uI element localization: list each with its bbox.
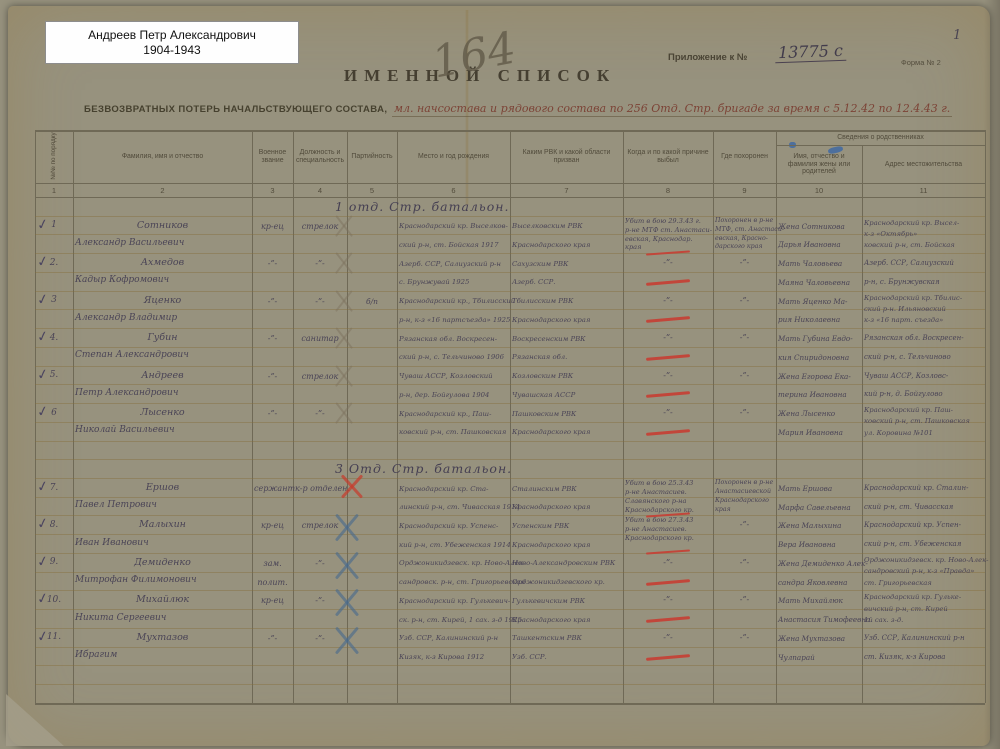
entry-burial: МТФ, ст. Анастаси- [715,226,774,233]
column-header: Военное звание [254,132,291,181]
entry-address: ский р-н. Ильяновский [864,305,983,313]
entry-birthplace: Краснодарский кр. Успенс- [399,522,508,530]
entry-relative: Вера Ивановна [778,540,860,549]
body-rule [35,459,985,460]
entry-given-names: Ибрагим [75,650,250,660]
entry-surname: Андреев [75,370,250,381]
column-header: Каким РВК и какой области призван [512,132,621,181]
entry-position: -”- [295,297,345,306]
entry-address: ский р-н, с. Тельчиново [864,353,983,361]
entry-burial: евская, Красно- [715,235,774,242]
column-header: Фамилия, имя и отчество [75,132,250,181]
entry-given-names: Кадыр Кофромович [75,275,250,285]
entry-rank: полит. [254,578,291,587]
body-rule [35,328,985,329]
entry-surname: Мухтазов [75,632,250,643]
entry-rvk: Краснодарского края [512,316,621,324]
entry-rank: -”- [254,334,291,343]
column-header: Адрес местожительства [864,148,983,181]
entry-burial: Похоронен в р-не [715,217,774,224]
body-rule [35,553,985,554]
entry-relative: сандра Яковлевна [778,578,860,587]
entry-number: 10. [37,595,71,605]
entry-fate: Славянского р-на [625,497,711,505]
entry-rank: кр-ец [254,521,291,530]
entry-given-names: Александр Владимир [75,313,250,323]
entry-address: Краснодарский кр. Сталин- [864,484,983,492]
entry-surname: Михайлюк [75,594,250,605]
entry-relative: Мать Михайлюк [778,596,860,605]
label-years: 1904-1943 [143,43,200,58]
entry-number: 1 [37,220,71,230]
body-rule [35,309,985,310]
entry-address: ский р-н, ст. Чивасская [864,503,983,511]
entry-rvk: Сахузским РВК [512,260,621,268]
entry-burial-ditto: -”- [715,333,774,342]
label-name: Андреев Петр Александрович [88,28,256,43]
body-rule [35,347,985,348]
entry-relative: Мария Ивановна [778,428,860,437]
entry-given-names: Николай Васильевич [75,425,250,435]
column-header: Должность и специальность [295,132,345,181]
entry-position: -”- [295,559,345,568]
entry-address: Рязанская обл. Воскресен- [864,334,983,342]
entry-rvk: Краснодарского края [512,541,621,549]
entry-rank: сержант [254,484,291,493]
page-number: 1 [953,28,961,43]
entry-rvk: Краснодарского края [512,616,621,624]
entry-relative: Жена Сотникова [778,222,860,231]
column-header: Партийность [349,132,395,181]
body-rule [35,234,985,235]
entry-surname: Губин [75,332,250,343]
entry-number: 2. [37,258,71,268]
entry-birthplace: Краснодарский кр., Тбилисский [399,297,508,305]
entry-birthplace: ск. р-н, ст. Кирей, 1 сах. з-д 1925 [399,616,508,624]
entry-address: Азерб. ССР, Салиузский [864,259,983,267]
entry-birthplace: Чуваш АССР, Козловский [399,372,508,380]
entry-given-names: Иван Иванович [75,538,250,548]
entry-birthplace: Краснодарский кр. Ста- [399,485,508,493]
entry-address: ский р-н, ст. Убеженская [864,540,983,548]
entry-relative: Мать Ершова [778,484,860,493]
entry-number: 3 [37,295,71,305]
entry-birthplace: с. Брунжувай 1925 [399,278,508,286]
entry-burial: дарского края [715,243,774,250]
table-hline [776,145,985,146]
entry-burial: края [715,506,774,513]
entry-address: к-з «Октябрь» [864,230,983,238]
entry-burial-ditto: -”- [715,595,774,604]
entry-rvk: Ташкентским РВК [512,634,621,642]
entry-fate-ditto: -”- [625,333,711,342]
entry-address: Краснодарский кр. Паш- [864,406,983,414]
entry-relative: терина Ивановна [778,390,860,399]
column-header: Когда и по какой причине выбыл [625,132,711,181]
entry-rvk: Козловским РВК [512,372,621,380]
entry-rvk: Узб. ССР. [512,653,621,661]
entry-relative: Мать Губина Евдо- [778,334,860,343]
body-rule [35,647,985,648]
entry-position: -”- [295,409,345,418]
entry-burial-ditto: -”- [715,296,774,305]
entry-address: Чуваш АССР, Козловс- [864,372,983,380]
body-rule [35,572,985,573]
entry-fate: р-не МТФ ст. Анастаси- [625,226,711,234]
column-number: 9 [713,186,776,195]
entry-relative: Мать Яценко Ма- [778,297,860,306]
entry-surname: Яценко [75,295,250,306]
body-rule [35,590,985,591]
entry-fate-ditto: -”- [625,408,711,417]
entry-surname: Лысенко [75,407,250,418]
table-hline [35,703,985,705]
entry-burial: Краснодарского [715,497,774,504]
body-rule [35,515,985,516]
entry-relative: Жена Мухтазова [778,634,860,643]
entry-fate: р-не Анастасиев. [625,488,711,496]
entry-address: Узб. ССР, Калининский р-н [864,634,983,642]
column-number: 3 [252,186,293,195]
body-rule [35,441,985,442]
scanned-document: { "overlay_label": {"line1": "Андреев Пе… [0,0,1000,749]
column-header: Место и год рождения [399,132,508,181]
body-rule [35,403,985,404]
archive-label: Андреев Петр Александрович 1904-1943 [45,21,299,64]
entry-fate: р-не Анастасиев. [625,525,711,533]
entry-fate-ditto: -”- [625,558,711,567]
entry-surname: Сотников [75,220,250,231]
entry-fate: края [625,243,711,251]
entry-rvk: Тбилисским РВК [512,297,621,305]
entry-fate: Убит в бою 25.3.43 [625,479,711,487]
entry-fate-ditto: -”- [625,371,711,380]
body-rule [35,497,985,498]
entry-burial-ditto: -”- [715,520,774,529]
entry-birthplace: Азерб. ССР, Салиузский р-н [399,260,508,268]
entry-address: ст. Кизяк, к-з Кирова [864,653,983,661]
entry-position: -”- [295,596,345,605]
entry-birthplace: Орджоникидзевск. кр. Ново-Алек- [399,559,508,567]
entry-position: стрелок [295,521,345,530]
entry-rank: кр-ец [254,596,291,605]
entry-burial-ditto: -”- [715,408,774,417]
entry-address: Краснодарский кр. Высел- [864,219,983,227]
entry-birthplace: Краснодарский кр., Паш- [399,410,508,418]
entry-address: к-з «16 парт. съезда» [864,316,983,324]
body-rule [35,366,985,367]
body-rule [35,291,985,292]
body-rule [35,216,985,217]
entry-birthplace: Кизяк, к-з Кирова 1912 [399,653,508,661]
entry-fate-ditto: -”- [625,296,711,305]
column-number: 2 [73,186,252,195]
entry-address: ст. Григорьевская [864,579,983,587]
body-rule [35,684,985,685]
entry-number: 11. [37,632,71,642]
column-number: 8 [623,186,713,195]
entry-surname: Ершов [75,482,250,493]
entry-relative: Мать Чаловьева [778,259,860,268]
entry-address: 1й сах. з-д. [864,616,983,624]
column-number: 7 [510,186,623,195]
entry-fate: Убит в бою 29.3.43 г. [625,217,711,225]
column-number: 11 [862,186,985,195]
entry-address: вичский р-н, ст. Кирей [864,605,983,613]
entry-position: стрелок [295,372,345,381]
entry-rank: -”- [254,409,291,418]
entry-fate: Краснодарского кр. [625,534,711,542]
entry-relative: Маяна Чаловьевна [778,278,860,287]
table-vline [985,130,986,703]
entry-birthplace: ский р-н, ст. Бойская 1917 [399,241,508,249]
entry-rvk: Азерб. ССР. [512,278,621,286]
entry-position: к-р отделен. [295,484,345,493]
body-rule [35,534,985,535]
entry-fate: Краснодарского кр. [625,506,711,514]
entry-number: 8. [37,520,71,530]
entry-given-names: Павел Петрович [75,500,250,510]
body-rule [35,609,985,610]
column-number: 10 [776,186,862,195]
entry-given-names: Никита Сергеевич [75,613,250,623]
entry-fate-ditto: -”- [625,595,711,604]
entry-rvk: Ново-Александровским РВК [512,559,621,567]
relatives-group-header: Сведения о родственниках [776,132,985,144]
entry-birthplace: Краснодарский кр. Гулькевич- [399,597,508,605]
entry-burial-ditto: -”- [715,371,774,380]
entry-relative: Марфа Савельевна [778,503,860,512]
entry-birthplace: Краснодарский кр. Выселков- [399,222,508,230]
entry-address: Орджоникидзевск. кр. Ново-Алек- [864,556,983,564]
entry-birthplace: сандровск. р-н, ст. Григорьевская [399,578,508,586]
body-rule [35,665,985,666]
entry-rvk: Пашковским РВК [512,410,621,418]
entry-fate-ditto: -”- [625,633,711,642]
entry-address: Краснодарский кр. Гульке- [864,593,983,601]
entry-given-names: Александр Васильевич [75,238,250,248]
column-header: Имя, отчество и фамилия жены или родител… [778,148,860,181]
entry-rank: зам. [254,559,291,568]
entry-birthplace: ковский р-н, ст. Пашковская [399,428,508,436]
section-title: 3 Отд. Стр. батальон. [335,461,595,476]
entry-burial-ditto: -”- [715,558,774,567]
entry-relative: Чулпарай [778,653,860,662]
entry-birthplace: р-н, дер. Бойгулова 1904 [399,391,508,399]
entry-given-names: Степан Александрович [75,350,250,360]
entry-rvk: Орджоникидзевского кр. [512,578,621,586]
entry-given-names: Митрофан Филимонович [75,575,250,585]
entry-address: сандровский р-н, к-з «Правда» [864,567,983,575]
form-number: Форма № 2 [901,58,941,67]
entry-surname: Демиденко [75,557,250,568]
entry-relative: Жена Демиденко Алек- [778,559,860,568]
entry-address: кий р-н, д. Бойгулово [864,390,983,398]
subtitle-handwritten: мл. начсостава и рядового состава по 256… [392,102,952,117]
entry-number: 7. [37,483,71,493]
column-number: 1 [35,186,73,195]
body-rule [35,478,985,479]
entry-rank: кр-ец [254,222,291,231]
body-rule [35,422,985,423]
entry-position: -”- [295,634,345,643]
entry-number: 6 [37,408,71,418]
entry-rvk: Рязанская обл. [512,353,621,361]
entry-address: ковский р-н, ст. Пашковская [864,417,983,425]
entry-party: б/п [349,297,395,306]
entry-number: 4. [37,333,71,343]
entry-relative: рия Николаевна [778,315,860,324]
column-header: Где похоронен [715,132,774,181]
entry-address: р-н, с. Брунжувская [864,278,983,286]
entry-burial: Анастасиевской [715,488,774,495]
entry-number: 9. [37,557,71,567]
entry-position: стрелок [295,222,345,231]
entry-number: 5. [37,370,71,380]
entry-rvk: Воскресенским РВК [512,335,621,343]
body-rule [35,253,985,254]
entry-given-names: Петр Александрович [75,388,250,398]
entry-fate: евская, Краснодар. [625,235,711,243]
entry-birthplace: линский р-н, ст. Чивасская 1914 [399,503,508,511]
entry-surname: Ахмедов [75,257,250,268]
entry-rvk: Краснодарского края [512,428,621,436]
entry-position: -”- [295,259,345,268]
entry-birthplace: ский р-н, с. Тельчиново 1906 [399,353,508,361]
subtitle-printed: БЕЗВОЗВРАТНЫХ ПОТЕРЬ НАЧАЛЬСТВУЮЩЕГО СОС… [84,104,387,115]
entry-burial-ditto: -”- [715,633,774,642]
column-number: 4 [293,186,347,195]
entry-burial: Похоронен в р-не [715,479,774,486]
body-rule [35,628,985,629]
entry-rank: -”- [254,372,291,381]
entry-rvk: Успенским РВК [512,522,621,530]
appendix-label: Приложение к № [668,52,747,63]
entry-relative: Жена Егорова Ека- [778,372,860,381]
entry-address: ул. Коровина №101 [864,429,983,437]
entry-fate: Убит в бою 27.3.43 [625,516,711,524]
body-rule [35,384,985,385]
entry-rvk: Выселковским РВК [512,222,621,230]
entry-birthplace: Узб. ССР, Калининский р-н [399,634,508,642]
entry-birthplace: Рязанская обл. Воскресен- [399,335,508,343]
entry-address: Краснодарский кр. Успен- [864,521,983,529]
entry-relative: Жена Лысенко [778,409,860,418]
column-header-rotated: №№ по порядку [48,131,60,181]
entry-relative: Дарья Ивановна [778,240,860,249]
entry-address: ковский р-н, ст. Бойская [864,241,983,249]
entry-birthplace: р-н, к-з «16 партсъезда» 1925 [399,316,508,324]
entry-birthplace: кий р-н, ст. Убеженская 1914 [399,541,508,549]
entry-rank: -”- [254,297,291,306]
entry-rvk: Гулькевичским РВК [512,597,621,605]
entry-rvk: Краснодарского края [512,503,621,511]
column-number: 6 [397,186,510,195]
entry-rank: -”- [254,634,291,643]
body-rule [35,272,985,273]
entry-relative: Жена Малыхина [778,521,860,530]
appendix-number-handwritten: 13775 с [775,41,847,63]
column-number: 5 [347,186,397,195]
entry-fate-ditto: -”- [625,258,711,267]
entry-rank: -”- [254,259,291,268]
entry-burial-ditto: -”- [715,258,774,267]
entry-relative: Анастасия Тимофеевна [778,615,860,624]
entry-position: санитар [295,334,345,343]
entry-rvk: Сталинским РВК [512,485,621,493]
entry-rvk: Чувашская АССР [512,391,621,399]
document-subtitle: БЕЗВОЗВРАТНЫХ ПОТЕРЬ НАЧАЛЬСТВУЮЩЕГО СОС… [84,99,989,117]
entry-address: Краснодарский кр. Тбилис- [864,294,983,302]
entry-rvk: Краснодарского края [512,241,621,249]
entry-surname: Малыхин [75,519,250,530]
entry-relative: кия Спиридоновна [778,353,860,362]
section-title: 1 отд. Стр. батальон. [335,199,595,214]
